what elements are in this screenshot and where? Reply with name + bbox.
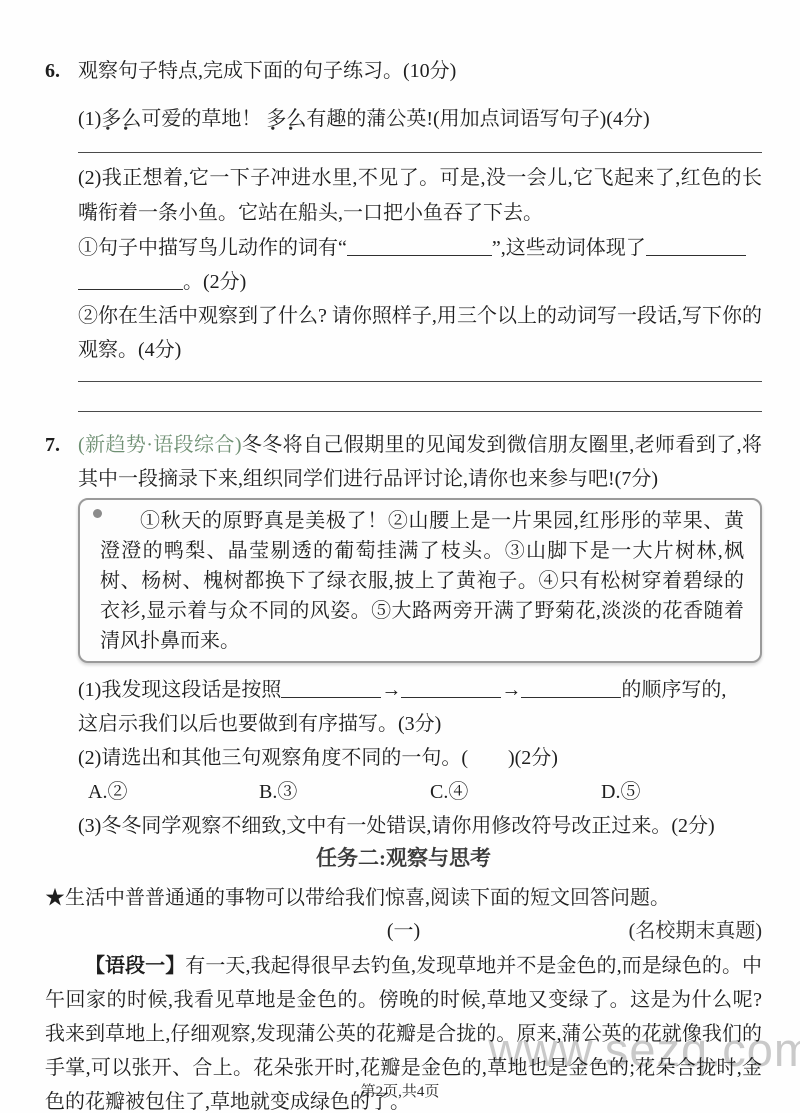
answer-line (78, 381, 762, 382)
sub1-text: ”,这些动词体现了 (492, 237, 646, 259)
part1-prefix: (1) (78, 108, 101, 130)
question-6-sub1-line2: 。(2分) (78, 265, 762, 299)
answer-blank (646, 236, 746, 256)
section-header: (一) (名校期末真题) (45, 915, 762, 947)
option-c: C.④ (420, 775, 591, 809)
passage-one-label: 【语段一】 (85, 955, 185, 977)
part1-text: (1)我发现这段话是按照 (78, 679, 281, 701)
sub1-text: ①句子中描写鸟儿动作的词有“ (78, 237, 347, 259)
option-a: A.② (78, 775, 249, 809)
question-6-title: 观察句子特点,完成下面的句子练习。(10分) (78, 54, 762, 88)
part1-text: 可爱的草地！ (141, 108, 266, 130)
passage-box: ①秋天的原野真是美极了！②山腰上是一片果园,红彤彤的苹果、黄澄澄的鸭梨、晶莹剔透… (78, 498, 762, 663)
arrow-separator: → (381, 679, 401, 701)
answer-line (78, 411, 762, 412)
task2-heading: 任务二:观察与思考 (45, 843, 762, 873)
option-b: B.③ (249, 775, 420, 809)
arrow-separator: → (501, 679, 521, 701)
question-6-sub2: ②你在生活中观察到了什么? 请你照样子,用三个以上的动词写一段话,写下你的观察。… (78, 299, 762, 367)
question-tag: (新趋势·语段综合) (78, 434, 241, 456)
question-6-part2: (2)我正想着,它一下子冲进水里,不见了。可是,没一会儿,它飞起来了,红色的长嘴… (78, 161, 762, 231)
part1-text: 的顺序写的, (621, 679, 726, 701)
answer-blank (347, 236, 492, 256)
dot-emphasis-text: 多么 (266, 102, 306, 136)
boxed-passage: ①秋天的原野真是美极了！②山腰上是一片果园,红彤彤的苹果、黄澄澄的鸭梨、晶莹剔透… (100, 506, 744, 656)
options-row: A.② B.③ C.④ D.⑤ (78, 775, 762, 809)
option-d: D.⑤ (591, 775, 762, 809)
source-tag: (名校期末真题) (420, 915, 762, 947)
question-7-part1-line2: 这启示我们以后也要做到有序描写。(3分) (78, 707, 762, 741)
question-6: 6. 观察句子特点,完成下面的句子练习。(10分) (1)多么可爱的草地！ 多么… (45, 54, 762, 412)
exam-page: www.sezq.com 6. 观察句子特点,完成下面的句子练习。(10分) (… (0, 0, 800, 1113)
pin-icon (93, 509, 102, 518)
question-6-sub1: ①句子中描写鸟儿动作的词有“”,这些动词体现了 (78, 231, 762, 265)
question-7-part1: (1)我发现这段话是按照→→的顺序写的, (78, 673, 762, 707)
answer-blank (401, 678, 501, 698)
answer-blank (281, 678, 381, 698)
spacer (45, 915, 387, 947)
question-7-part3: (3)冬冬同学观察不细致,文中有一处错误,请你用修改符号改正过来。(2分) (78, 809, 762, 843)
question-6-part1: (1)多么可爱的草地！ 多么有趣的蒲公英!(用加点词语写句子)(4分) (78, 102, 762, 136)
question-7: 7. (新趋势·语段综合)冬冬将自己假期里的见闻发到微信朋友圈里,老师看到了,将… (45, 428, 762, 843)
question-7-part2: (2)请选出和其他三句观察角度不同的一句。( )(2分) (78, 741, 762, 775)
section-number: (一) (387, 915, 420, 947)
question-6-number: 6. (45, 54, 78, 88)
question-7-intro: (新趋势·语段综合)冬冬将自己假期里的见闻发到微信朋友圈里,老师看到了,将其中一… (78, 428, 762, 496)
answer-blank (78, 270, 183, 290)
question-7-number: 7. (45, 428, 78, 462)
sub1-suffix: 。(2分) (183, 271, 246, 293)
part1-text: 有趣的蒲公英!(用加点词语写句子)(4分) (306, 108, 649, 130)
dot-emphasis-text: 多么 (101, 102, 141, 136)
answer-blank (521, 678, 621, 698)
answer-line (78, 152, 762, 153)
page-footer: 第2页,共4页 (0, 1080, 800, 1101)
star-note: ★生活中普普通通的事物可以带给我们惊喜,阅读下面的短文回答问题。 (45, 881, 762, 915)
